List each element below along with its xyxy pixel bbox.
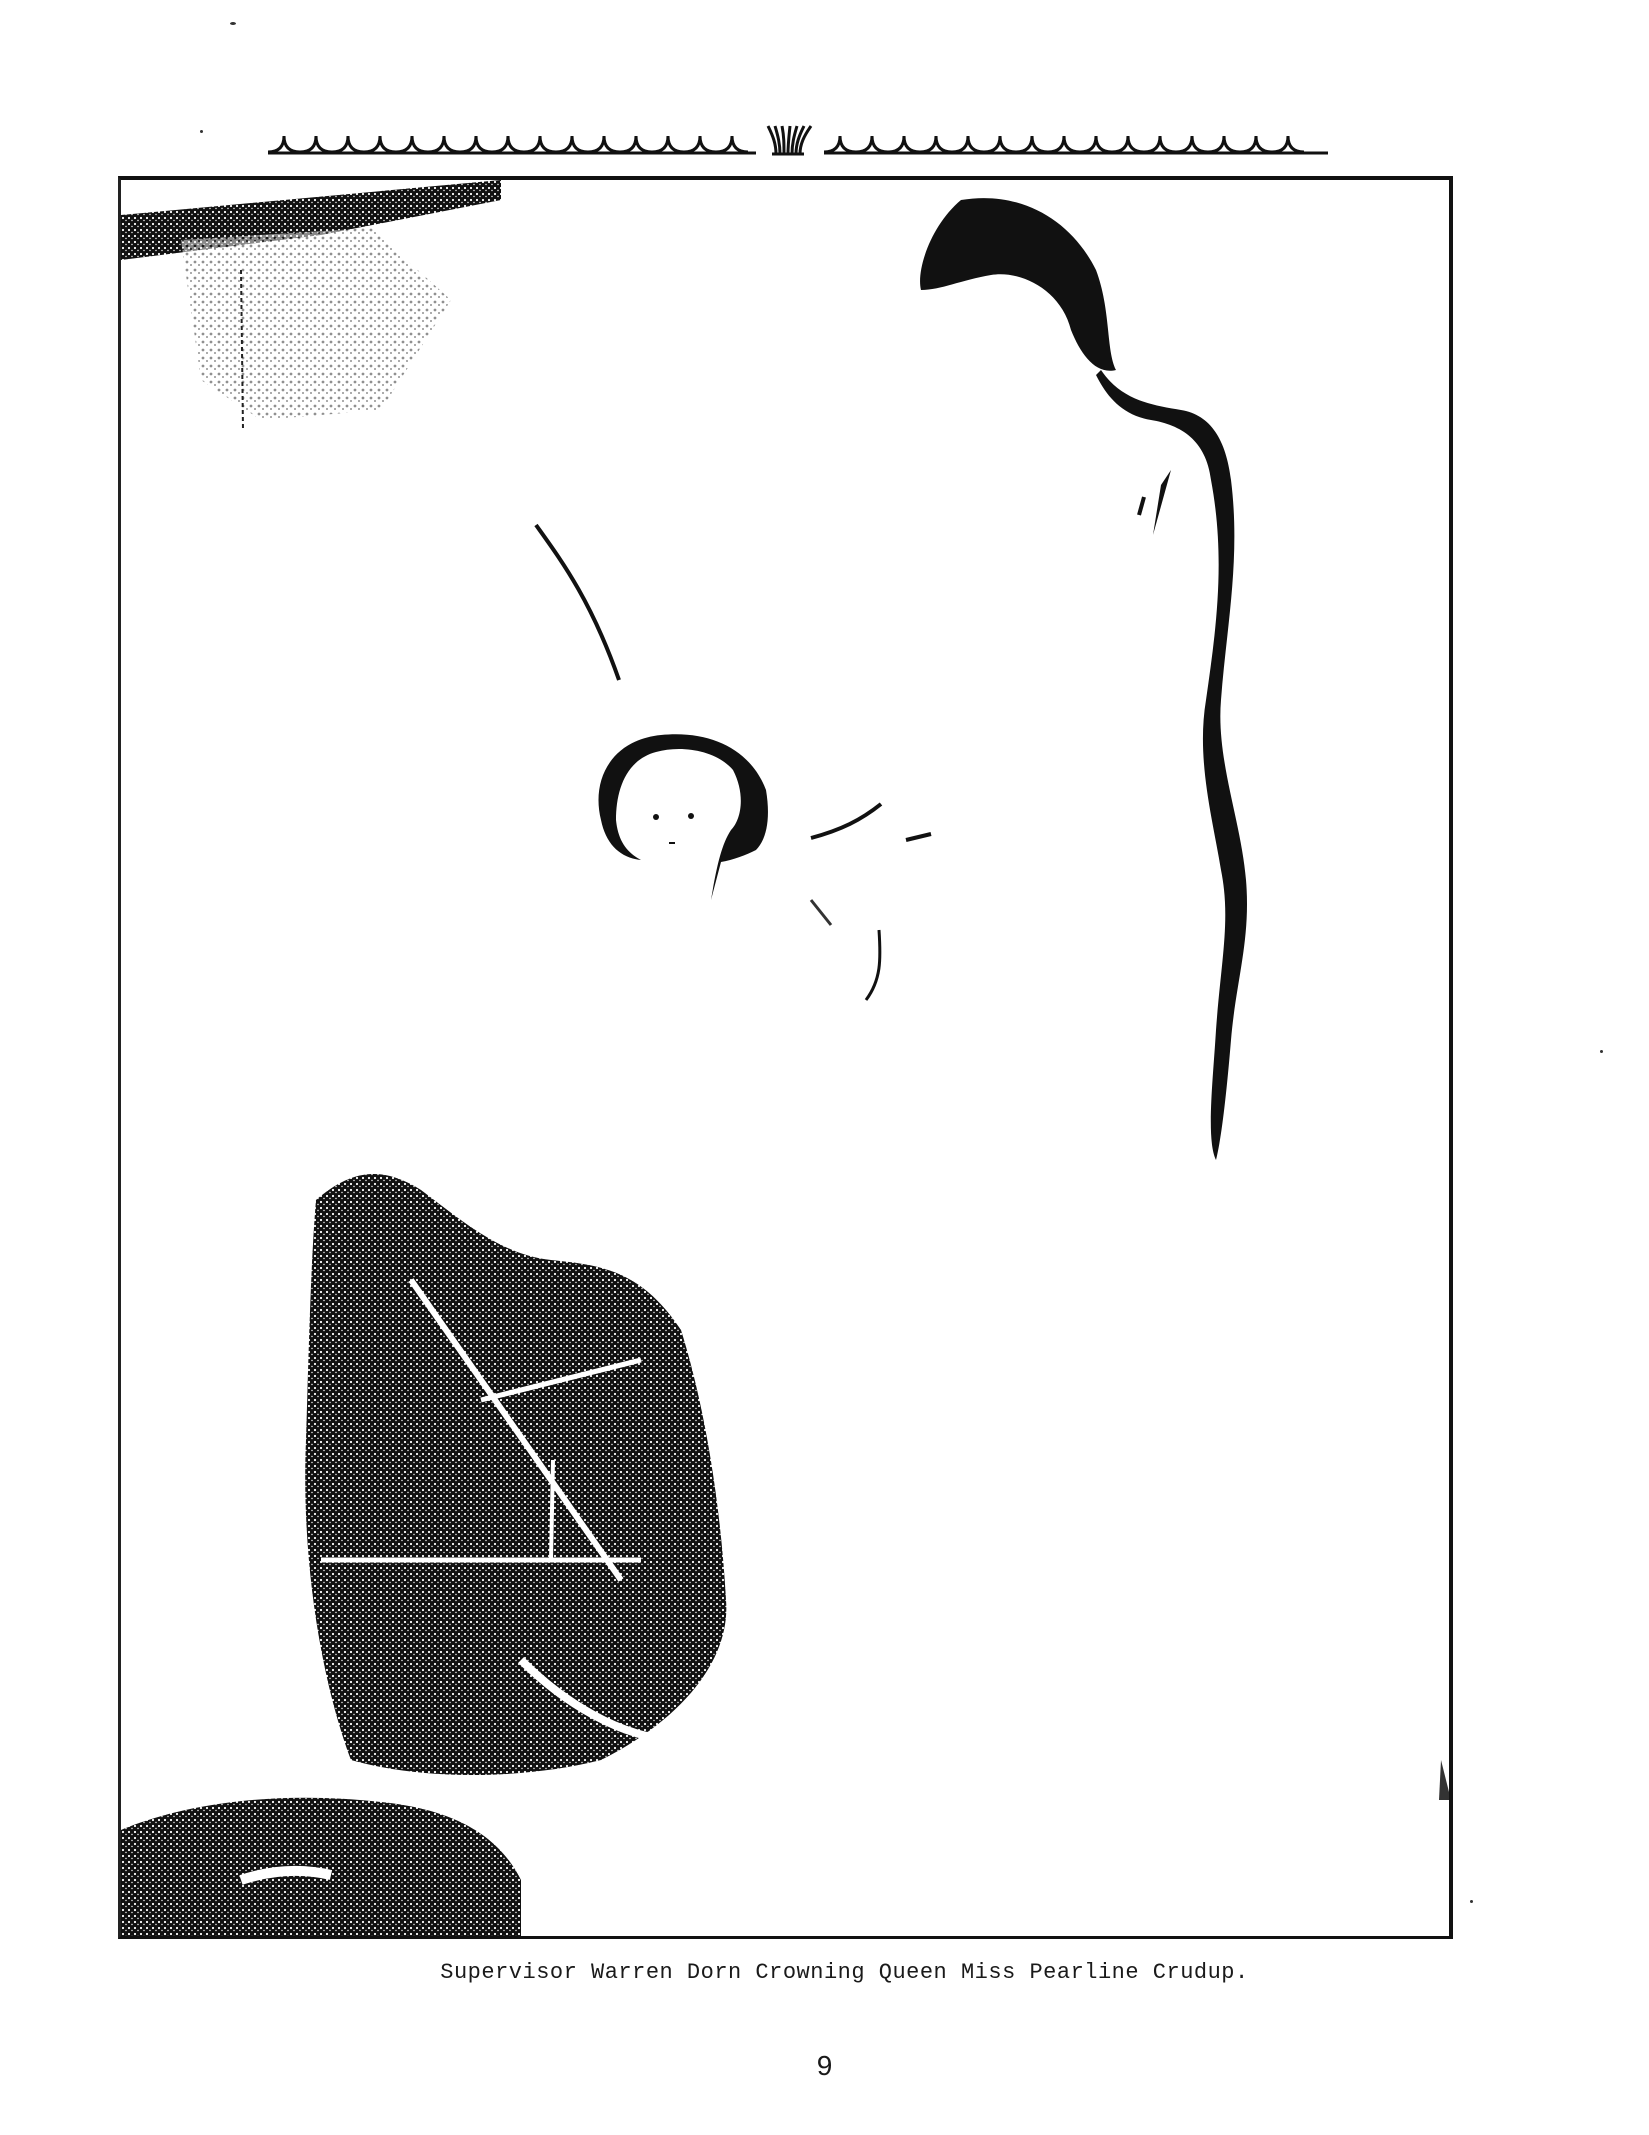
woman-hair — [599, 734, 768, 900]
document-page: Supervisor Warren Dorn Crowning Queen Mi… — [0, 0, 1649, 2135]
photo-caption: Supervisor Warren Dorn Crowning Queen Mi… — [0, 1960, 1649, 1985]
scan-speck — [1470, 1900, 1473, 1903]
sheaf-ornament-icon — [768, 126, 811, 154]
man-hair — [920, 198, 1116, 371]
scan-speck — [200, 130, 203, 133]
man-silhouette-edge — [1096, 370, 1247, 1160]
scan-speck — [1600, 1050, 1603, 1053]
photo-image — [121, 180, 1453, 1939]
patterned-dress — [305, 1174, 726, 1775]
photograph — [118, 176, 1453, 1939]
page-number: 9 — [0, 2050, 1649, 2082]
scallop-ornament-icon — [268, 122, 1328, 156]
decorative-header-rule — [268, 122, 1328, 156]
scan-speck — [230, 22, 236, 25]
